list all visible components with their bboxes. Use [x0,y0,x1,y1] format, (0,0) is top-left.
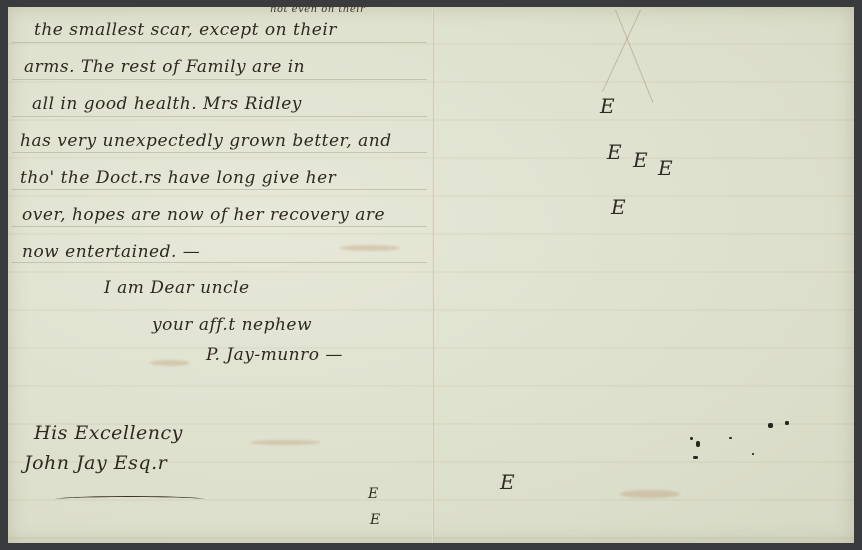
closing-valediction: your aff.t nephew [152,315,312,335]
ink-blot [696,441,700,447]
address-line-1: His Excellency [34,422,183,444]
letter-line-1: the smallest scar, except on their [34,20,337,40]
address-line-2: John Jay Esq.r [24,452,167,474]
right-page-mark: E [611,195,626,219]
letter-line-2: arms. The rest of Family are in [24,57,305,77]
letter-line-5: tho' the Doct.rs have long give her [20,168,336,188]
margin-mark: E [370,512,380,528]
letter-line-6: over, hopes are now of her recovery are [22,205,385,225]
ink-blot [768,423,773,428]
right-page-mark: E [633,148,648,172]
right-page-mark: E [600,94,615,118]
ink-stain [340,245,400,251]
ink-stain [150,360,190,366]
letter-line-3: all in good health. Mrs Ridley [32,94,302,114]
right-page-mark: E [658,156,673,180]
ink-stain [250,440,320,445]
ink-blot [693,456,698,459]
right-page-mark: E [607,140,622,164]
ruled-line [12,226,427,227]
ruled-line [12,262,427,263]
letter-line-7: now entertained. — [22,242,200,262]
margin-mark: E [368,486,378,502]
ruled-line [12,79,427,80]
letter-line-4: has very unexpectedly grown better, and [20,131,392,151]
insertion-text: not even on their [270,4,365,15]
ink-stain [620,490,680,498]
right-page-mark: E [500,470,515,494]
ink-blot [752,453,754,455]
ink-blot [785,421,789,425]
address-underline [55,496,205,503]
ruled-line [12,42,427,43]
ink-blot [729,437,732,439]
page-fold-crease [432,7,434,543]
closing-salutation: I am Dear uncle [104,278,250,298]
ruled-line [12,189,427,190]
ruled-line [12,152,427,153]
signature: P. Jay-munro — [206,345,343,365]
ruled-line [12,116,427,117]
ink-blot [690,437,693,440]
